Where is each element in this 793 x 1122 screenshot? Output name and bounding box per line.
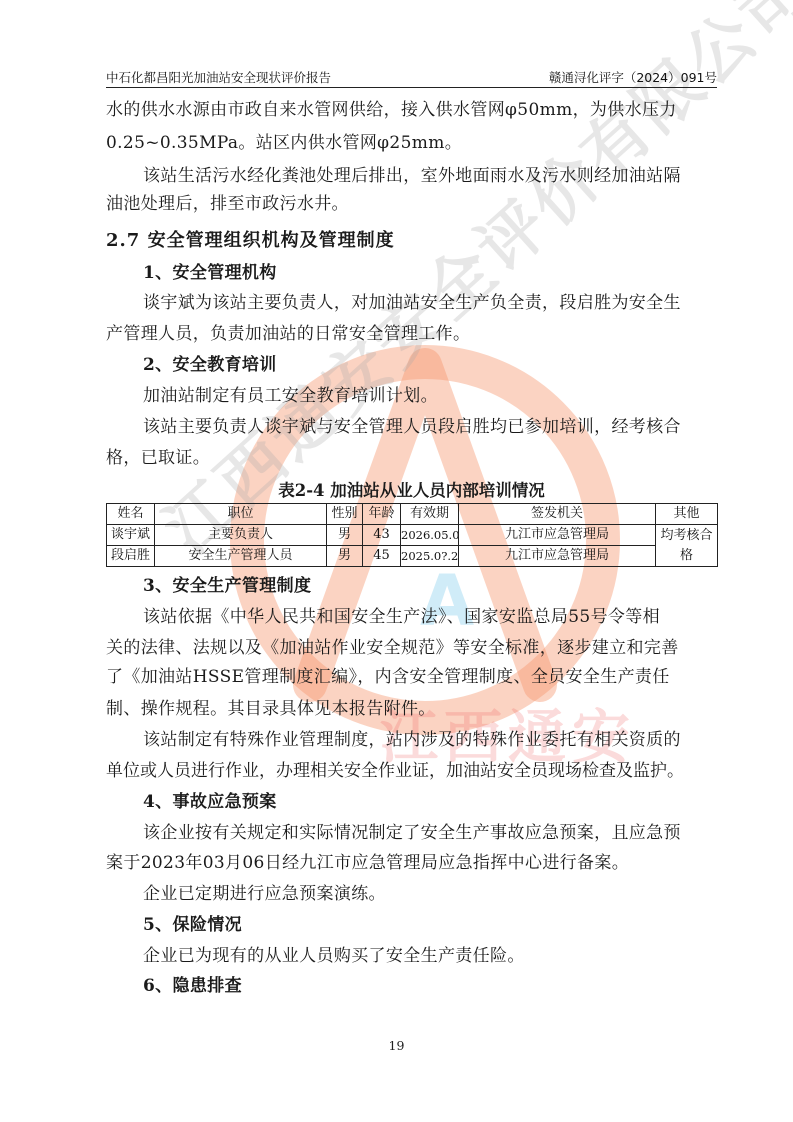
cell-gender: 男 (327, 546, 363, 567)
paragraph-line: 该站制定有特殊作业管理制度，站内涉及的特殊作业委托有相关资质的 (143, 729, 718, 751)
cell-validity: 2025.0?.28 (401, 546, 459, 567)
paragraph-line: 企业已定期进行应急预案演练。 (143, 883, 718, 905)
column-header: 其他 (656, 504, 718, 525)
cell-name: 段启胜 (107, 546, 155, 567)
paragraph-line: 该站依据《中华人民共和国安全生产法》、国家安监总局55号令等相 (143, 606, 718, 628)
subsection-heading-5: 5、保险情况 (143, 914, 755, 936)
paragraph-line: 该站主要负责人谈宇斌与安全管理人员段启胜均已参加培训，经考核合 (143, 416, 718, 438)
paragraph-line: 0.25~0.35MPa。站区内供水管网φ25mm。 (106, 132, 718, 154)
page-number: 19 (0, 1038, 793, 1053)
paragraph-line: 谈宇斌为该站主要负责人，对加油站安全生产负全责，段启胜为安全生 (143, 292, 718, 314)
column-header: 职位 (155, 504, 327, 525)
column-header: 姓名 (107, 504, 155, 525)
column-header: 性别 (327, 504, 363, 525)
table-header-row: 姓名 职位 性别 年龄 有效期 签发机关 其他 (107, 504, 718, 525)
cell-position: 主要负责人 (155, 525, 327, 546)
paragraph-line: 该站生活污水经化粪池处理后排出，室外地面雨水及污水则经加油站隔 (143, 165, 718, 187)
section-heading: 2.7 安全管理组织机构及管理制度 (106, 230, 718, 252)
paragraph-line: 关的法律、法规以及《加油站作业安全规范》等安全标准，逐步建立和完善 (106, 637, 718, 659)
subsection-heading-6: 6、隐患排查 (143, 975, 755, 997)
column-header: 年龄 (363, 504, 401, 525)
cell-other: 均考核合格 (656, 525, 718, 567)
cell-validity: 2026.05.0? (401, 525, 459, 546)
report-title: 中石化都昌阳光加油站安全现状评价报告 (106, 70, 331, 85)
paragraph-line: 案于2023年03月06日经九江市应急管理局应急指挥中心进行备案。 (106, 852, 718, 874)
running-header: 中石化都昌阳光加油站安全现状评价报告 赣通浔化评字（2024）091号 (106, 70, 717, 88)
paragraph-line: 格，已取证。 (106, 447, 718, 469)
paragraph-line: 该企业按有关规定和实际情况制定了安全生产事故应急预案，且应急预 (143, 822, 718, 844)
cell-age: 43 (363, 525, 401, 546)
cell-issuer: 九江市应急管理局 (459, 525, 656, 546)
watermark-blue-letter: A (420, 560, 474, 642)
column-header: 签发机关 (459, 504, 656, 525)
document-page: A 江西通安安全评价有限公司 江西通安 中石化都昌阳光加油站安全现状评价报告 赣… (0, 0, 793, 1122)
cell-issuer: 九江市应急管理局 (459, 546, 656, 567)
cell-name: 谈宇斌 (107, 525, 155, 546)
paragraph-line: 企业已为现有的从业人员购买了安全生产责任险。 (143, 945, 718, 967)
paragraph-line: 制、操作规程。其目录具体见本报告附件。 (106, 698, 718, 720)
table-row: 谈宇斌 主要负责人 男 43 2026.05.0? 九江市应急管理局 均考核合格 (107, 525, 718, 546)
paragraph-line: 加油站制定有员工安全教育培训计划。 (143, 385, 718, 407)
subsection-heading-3: 3、安全生产管理制度 (143, 575, 755, 597)
cell-position: 安全生产管理人员 (155, 546, 327, 567)
paragraph-line: 单位或人员进行作业，办理相关安全作业证，加油站安全员现场检查及监护。 (106, 760, 718, 782)
column-header: 有效期 (401, 504, 459, 525)
subsection-heading-2: 2、安全教育培训 (143, 354, 755, 376)
subsection-heading-4: 4、事故应急预案 (143, 791, 755, 813)
paragraph-line: 油池处理后，排至市政污水井。 (106, 193, 718, 215)
table-caption: 表2-4 加油站从业人员内部培训情况 (106, 480, 717, 502)
paragraph-line: 了《加油站HSSE管理制度汇编》，内含安全管理制度、全员安全生产责任 (106, 666, 718, 688)
paragraph-line: 水的供水水源由市政自来水管网供给，接入供水管网φ50mm，为供水压力 (106, 99, 718, 121)
cell-gender: 男 (327, 525, 363, 546)
training-table: 姓名 职位 性别 年龄 有效期 签发机关 其他 谈宇斌 主要负责人 男 43 2… (106, 503, 718, 567)
subsection-heading-1: 1、安全管理机构 (143, 262, 755, 284)
table-row: 段启胜 安全生产管理人员 男 45 2025.0?.28 九江市应急管理局 (107, 546, 718, 567)
paragraph-line: 产管理人员，负责加油站的日常安全管理工作。 (106, 323, 718, 345)
report-number: 赣通浔化评字（2024）091号 (549, 70, 717, 85)
cell-age: 45 (363, 546, 401, 567)
